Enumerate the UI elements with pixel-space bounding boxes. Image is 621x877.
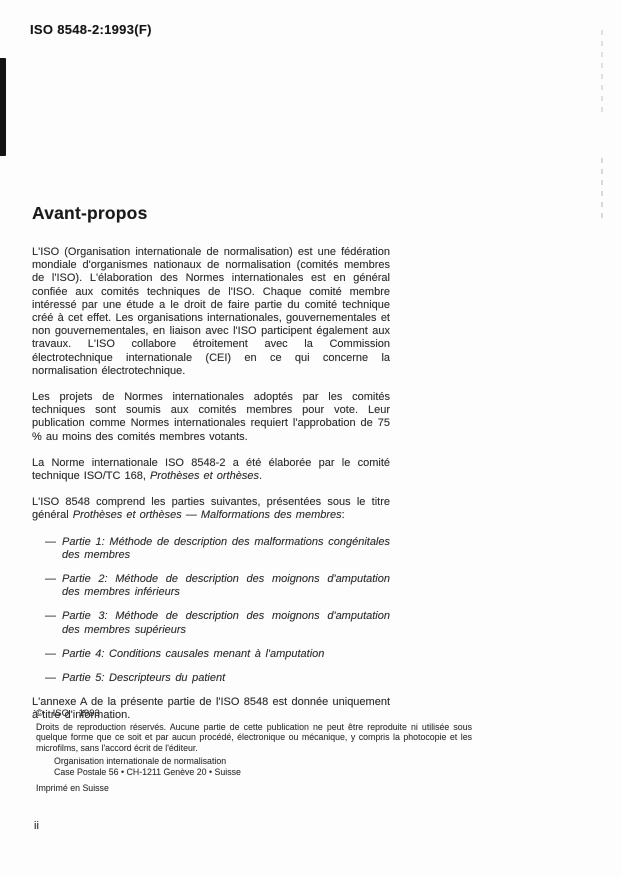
- em-dash: —: [45, 573, 62, 599]
- list-item-text: Partie 5: Descripteurs du patient: [62, 672, 390, 685]
- list-item-text: Partie 1: Méthode de description des mal…: [62, 536, 390, 562]
- paragraph-parts-intro-title-italic: Prothèses et orthèses — Malformations de…: [73, 509, 342, 521]
- paragraph-committee-title-italic: Prothèses et orthèses: [150, 470, 259, 482]
- foreword-section: Avant-propos L'ISO (Organisation interna…: [32, 203, 390, 736]
- list-item-part-1: — Partie 1: Méthode de description des m…: [32, 536, 390, 562]
- copyright-line: © ISO 1993: [36, 708, 472, 719]
- list-item-text: Partie 4: Conditions causales menant à l…: [62, 648, 390, 661]
- paragraph-committee: La Norme internationale ISO 8548-2 a été…: [32, 457, 390, 483]
- paragraph-committee-period: .: [259, 470, 262, 482]
- list-item-part-5: — Partie 5: Descripteurs du patient: [32, 672, 390, 685]
- document-reference: ISO 8548-2:1993(F): [30, 22, 152, 37]
- list-item-part-2: — Partie 2: Méthode de description des m…: [32, 573, 390, 599]
- document-page: ISO 8548-2:1993(F) Avant-propos L'ISO (O…: [0, 0, 621, 877]
- publisher-location: Case Postale 56 • CH-1211 Genève 20 • Su…: [54, 767, 472, 778]
- em-dash: —: [45, 536, 62, 562]
- paragraph-parts-intro-colon: :: [342, 509, 345, 521]
- page-number: ii: [34, 820, 39, 832]
- em-dash: —: [45, 648, 62, 661]
- scan-artifact-right-mark-bottom: [601, 158, 603, 220]
- em-dash: —: [45, 610, 62, 636]
- paragraph-parts-intro: L'ISO 8548 comprend les parties suivante…: [32, 496, 390, 522]
- em-dash: —: [45, 672, 62, 685]
- publisher-name: Organisation internationale de normalisa…: [54, 756, 472, 767]
- paragraph-draft-approval: Les projets de Normes internationales ad…: [32, 391, 390, 444]
- rights-notice: Droits de reproduction réservés. Aucune …: [36, 722, 472, 753]
- printed-in-line: Imprimé en Suisse: [36, 783, 472, 793]
- copyright-block: © ISO 1993 Droits de reproduction réserv…: [36, 708, 472, 793]
- list-item-text: Partie 2: Méthode de description des moi…: [62, 573, 390, 599]
- paragraph-iso-federation: L'ISO (Organisation internationale de no…: [32, 246, 390, 378]
- list-item-part-4: — Partie 4: Conditions causales menant à…: [32, 648, 390, 661]
- parts-list: — Partie 1: Méthode de description des m…: [32, 536, 390, 686]
- publisher-address: Organisation internationale de normalisa…: [54, 756, 472, 777]
- scan-artifact-left-bar: [0, 58, 6, 156]
- section-title: Avant-propos: [32, 203, 390, 224]
- list-item-text: Partie 3: Méthode de description des moi…: [62, 610, 390, 636]
- scan-artifact-right-mark-top: [601, 30, 603, 118]
- list-item-part-3: — Partie 3: Méthode de description des m…: [32, 610, 390, 636]
